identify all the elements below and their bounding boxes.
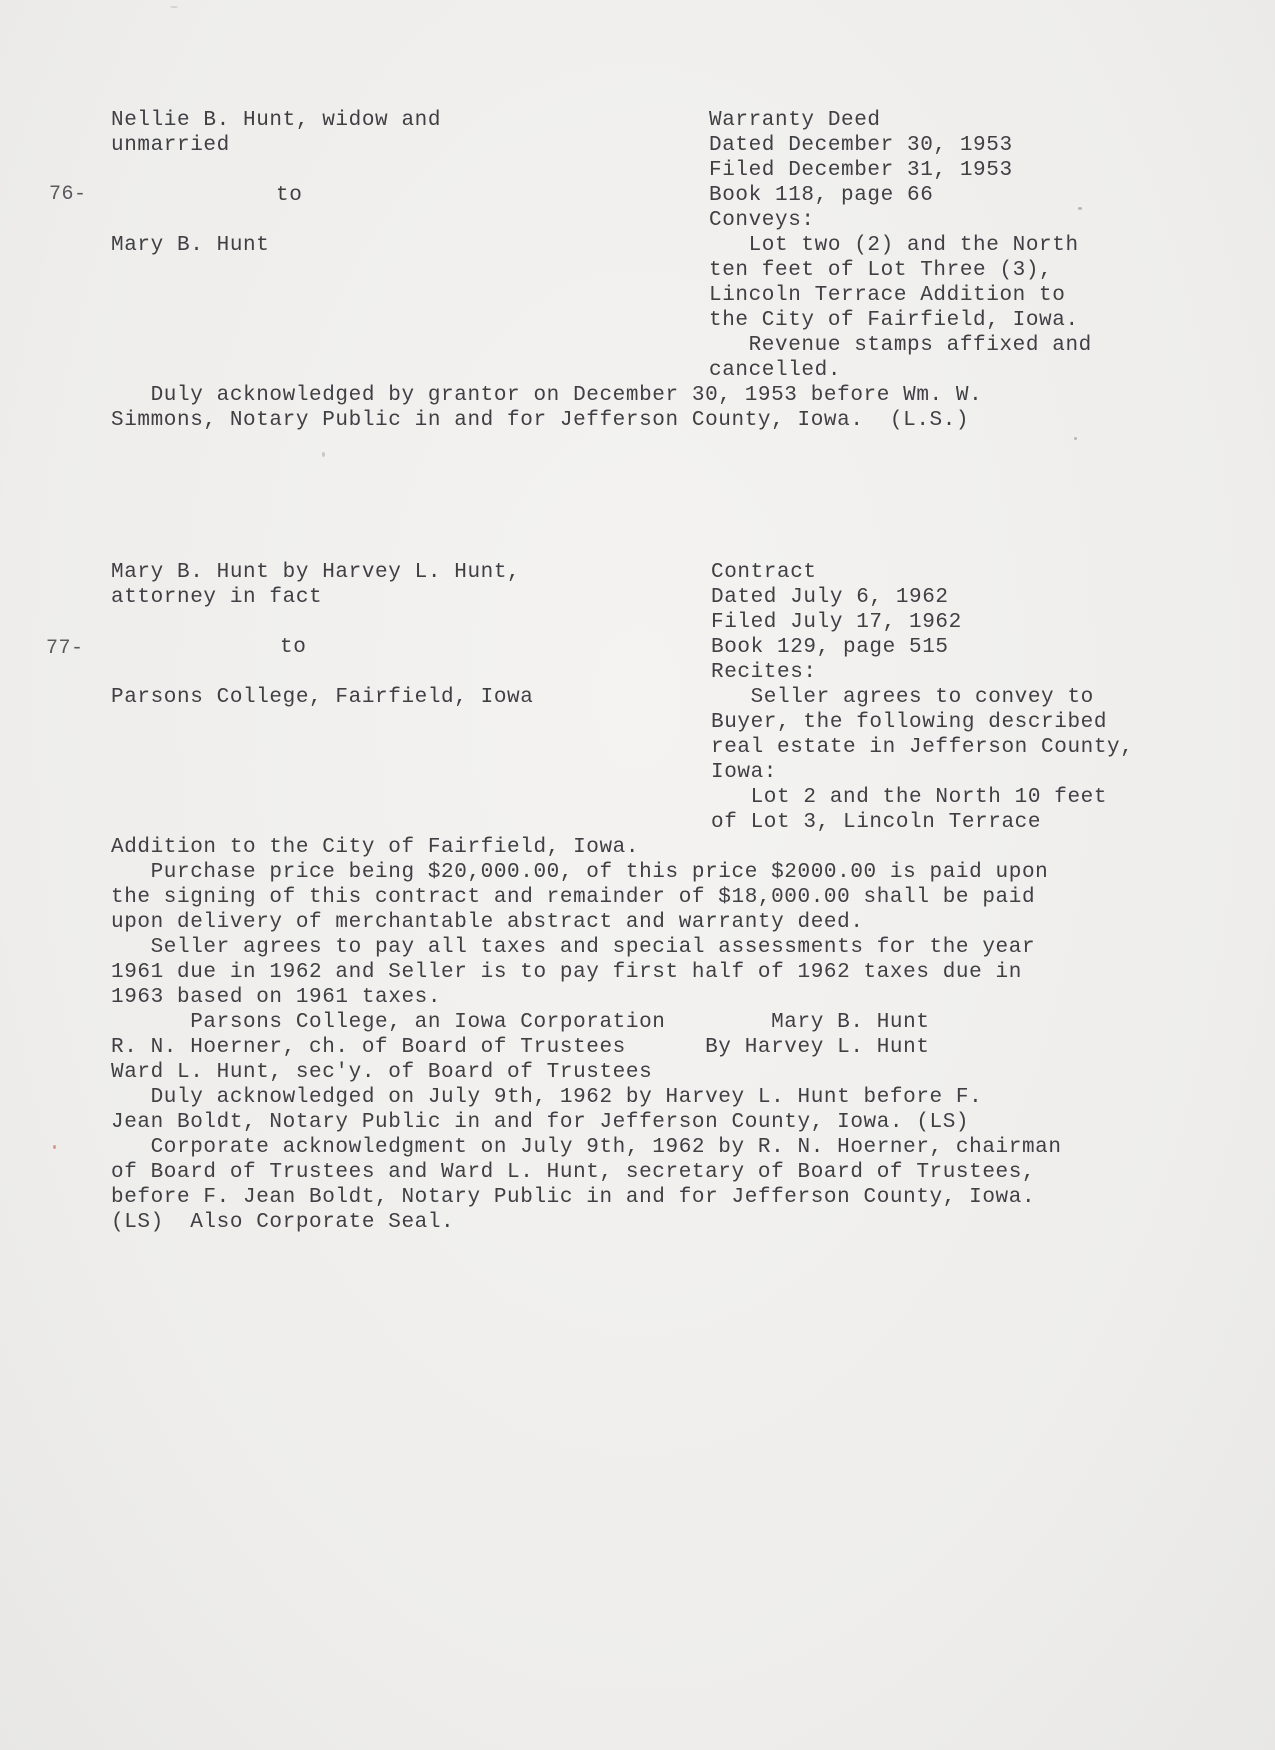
instrument-line: Recites: [711,660,817,685]
grantor-line-1: Nellie B. Hunt, widow and [111,108,441,133]
instrument-line: Lincoln Terrace Addition to [709,283,1065,308]
grantor-line-2: unmarried [111,133,230,158]
signature-line: R. N. Hoerner, ch. of Board of Trustees … [111,1035,930,1060]
body-line: of Board of Trustees and Ward L. Hunt, s… [111,1160,1035,1185]
body-line: Purchase price being $20,000.00, of this… [111,860,1048,885]
to-label: to [280,635,306,660]
instrument-line: Contract [711,560,817,585]
body-line: before F. Jean Boldt, Notary Public in a… [111,1185,1035,1210]
instrument-line: Lot two (2) and the North [709,233,1079,258]
instrument-line: Filed December 31, 1953 [709,158,1013,183]
instrument-line: Iowa: [711,760,777,785]
paper-speck [53,1145,56,1149]
body-line: (LS) Also Corporate Seal. [111,1210,454,1235]
instrument-line: real estate in Jefferson County, [711,735,1133,760]
instrument-line: Book 129, page 515 [711,635,949,660]
instrument-line: Dated December 30, 1953 [709,133,1013,158]
instrument-line: Conveys: [709,208,815,233]
to-label: to [276,183,302,208]
entry-number: 77- [46,637,84,660]
body-line: Addition to the City of Fairfield, Iowa. [111,835,639,860]
instrument-line: Seller agrees to convey to [711,685,1094,710]
instrument-line: Filed July 17, 1962 [711,610,962,635]
body-line: upon delivery of merchantable abstract a… [111,910,864,935]
grantee: Mary B. Hunt [111,233,269,258]
paper-speck [170,6,178,8]
body-line: the signing of this contract and remaind… [111,885,1035,910]
paper-speck [322,452,325,457]
instrument-line: Book 118, page 66 [709,183,933,208]
instrument-line: cancelled. [709,358,841,383]
body-line: Corporate acknowledgment on July 9th, 19… [111,1135,1062,1160]
body-line: 1963 based on 1961 taxes. [111,985,441,1010]
body-line: Simmons, Notary Public in and for Jeffer… [111,408,969,433]
entry-number: 76- [49,183,87,206]
instrument-line: the City of Fairfield, Iowa. [709,308,1079,333]
signature-line: Ward L. Hunt, sec'y. of Board of Trustee… [111,1060,652,1085]
instrument-line: Lot 2 and the North 10 feet [711,785,1107,810]
document-page: Nellie B. Hunt, widow and unmarried 76- … [0,0,1275,1750]
body-line: Duly acknowledged by grantor on December… [111,383,982,408]
body-line: Jean Boldt, Notary Public in and for Jef… [111,1110,969,1135]
instrument-line: of Lot 3, Lincoln Terrace [711,810,1041,835]
body-line: 1961 due in 1962 and Seller is to pay fi… [111,960,1022,985]
grantor-line-2: attorney in fact [111,585,322,610]
instrument-line: Revenue stamps affixed and [709,333,1092,358]
instrument-line: ten feet of Lot Three (3), [709,258,1052,283]
body-line: Duly acknowledged on July 9th, 1962 by H… [111,1085,982,1110]
grantee: Parsons College, Fairfield, Iowa [111,685,533,710]
paper-speck [1078,207,1082,210]
body-line: Seller agrees to pay all taxes and speci… [111,935,1035,960]
instrument-line: Warranty Deed [709,108,881,133]
instrument-line: Dated July 6, 1962 [711,585,949,610]
grantor-line-1: Mary B. Hunt by Harvey L. Hunt, [111,560,520,585]
paper-speck [1074,437,1077,440]
instrument-line: Buyer, the following described [711,710,1107,735]
signature-line: Parsons College, an Iowa Corporation Mar… [111,1010,930,1035]
